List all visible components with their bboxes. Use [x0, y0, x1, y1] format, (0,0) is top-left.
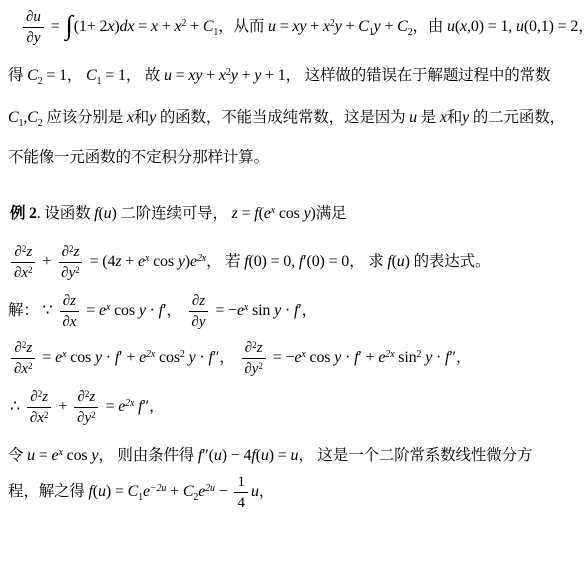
math-roman: ,0) = 1, — [467, 18, 516, 35]
superscript: x — [62, 349, 66, 360]
math-italic: ∂x — [14, 361, 28, 377]
math-italic: ∂ — [77, 389, 84, 405]
text-run: 解： — [8, 302, 42, 319]
math-italic: z — [42, 389, 48, 405]
math-italic: ∂y — [77, 410, 91, 426]
text-run: 的函数，不能当成纯常数，这是因为 — [156, 109, 409, 126]
math-italic: x — [323, 18, 330, 35]
fraction: ∂2z∂x2 — [11, 243, 36, 282]
superscript: 2 — [91, 410, 96, 420]
text-run: ， — [149, 398, 164, 415]
superscript: 2 — [38, 389, 43, 399]
math-italic: u — [214, 447, 222, 464]
math-italic: y — [139, 302, 146, 319]
math-italic: u — [261, 447, 269, 464]
math-roman: 1 — [237, 474, 245, 490]
math-roman: = — [102, 398, 119, 415]
math-italic: e — [190, 253, 197, 270]
fraction-denominator: ∂x2 — [11, 359, 36, 378]
superscript: 2 — [28, 361, 33, 371]
math-italic: e — [139, 349, 146, 366]
superscript: 2x — [125, 398, 134, 409]
text-run: 二阶连续可导， — [117, 205, 232, 222]
math-roman: + — [121, 253, 138, 270]
fraction-denominator: 4 — [234, 493, 248, 512]
math-italic: u — [268, 18, 276, 35]
math-roman: = — [39, 349, 56, 366]
math-italic: z — [89, 389, 95, 405]
math-roman: = — [172, 67, 189, 84]
math-line-ode: 令 u = ex cos y， 则由条件得 f″(u) − 4f(u) = u，… — [8, 441, 581, 471]
math-roman: cos — [63, 447, 92, 464]
math-italic: e — [264, 205, 271, 222]
fraction-numerator: ∂2z — [74, 388, 98, 408]
math-line-final-answer: 程，解之得 f(u) = C1e−2u + C2e2u − 14u， — [8, 473, 581, 512]
fraction-denominator: ∂x2 — [27, 408, 52, 427]
math-italic: y — [231, 67, 238, 84]
text-run: 满足 — [316, 205, 347, 222]
math-roman: = 1 — [101, 67, 125, 84]
math-italic: e — [143, 483, 150, 500]
math-italic: ∂ — [14, 244, 21, 260]
math-roman: = — [82, 302, 99, 319]
math-roman: + — [381, 18, 398, 35]
math-italic: ∂z — [192, 293, 205, 309]
math-italic: C — [358, 18, 369, 35]
fraction: ∂2z∂x2 — [11, 339, 36, 378]
math-italic: u — [98, 483, 106, 500]
math-italic: u — [104, 205, 112, 222]
text-run: 是 — [417, 109, 440, 126]
text-run: ， 求 — [349, 253, 387, 270]
math-roman: = — [238, 205, 255, 222]
fraction-numerator: ∂2z — [11, 243, 35, 263]
fraction-denominator: ∂y — [188, 312, 208, 331]
superscript: x — [301, 349, 305, 360]
text-run: 的二元函数， — [469, 109, 565, 126]
text-run: ， — [166, 302, 185, 319]
text-run: ， 故 — [126, 67, 164, 84]
text-run: ， — [259, 483, 274, 500]
math-line-laplacian-sum: ∴ ∂2z∂x2 + ∂2z∂y2 = e2x f″， — [10, 388, 581, 427]
superscript: x — [106, 302, 110, 313]
math-roman: ) = — [106, 483, 128, 500]
math-roman: + — [238, 67, 255, 84]
subscript: 2 — [38, 76, 43, 87]
math-italic: y — [304, 205, 311, 222]
math-roman: + — [342, 18, 359, 35]
math-italic: C — [8, 109, 19, 126]
math-roman: + — [186, 18, 203, 35]
bold-heading: 例 2 — [10, 205, 37, 222]
fraction-numerator: 1 — [234, 473, 248, 493]
fraction-numerator: ∂2z — [27, 388, 51, 408]
math-italic: y — [95, 349, 102, 366]
math-roman: · — [281, 302, 294, 319]
math-roman: ∴ — [10, 398, 24, 415]
text-run: ， — [302, 302, 317, 319]
superscript: x — [58, 447, 62, 458]
text-run: 应该分别是 — [43, 109, 127, 126]
fraction-numerator: ∂u — [23, 8, 44, 28]
text-line-explanation-2: 不能像一元函数的不定积分那样计算。 — [8, 143, 581, 173]
superscript: x — [145, 253, 149, 264]
math-italic: z — [26, 340, 32, 356]
fraction-denominator: ∂x — [59, 312, 79, 331]
math-italic: ∂ — [14, 340, 21, 356]
math-italic: y — [189, 349, 196, 366]
subscript: 2 — [38, 118, 43, 129]
math-italic: ∂z — [63, 293, 76, 309]
math-italic: x — [460, 18, 467, 35]
subscript: 1 — [138, 492, 143, 503]
math-italic: u — [251, 483, 259, 500]
math-italic: ∂y — [26, 30, 40, 46]
math-italic: x — [127, 109, 134, 126]
math-roman: ′(0) = 0 — [303, 253, 349, 270]
math-italic: C — [27, 109, 38, 126]
superscript: 2 — [85, 389, 90, 399]
math-italic: ∂y — [61, 265, 75, 281]
text-run: ， — [219, 349, 238, 366]
fraction-numerator: ∂2z — [11, 339, 35, 359]
math-roman: cos — [275, 205, 304, 222]
text-run: 的表达式。 — [410, 253, 490, 270]
math-italic: e — [99, 302, 106, 319]
fraction-numerator: ∂2z — [59, 243, 83, 263]
math-roman: = — [134, 18, 151, 35]
superscript: 2 — [69, 244, 74, 254]
superscript: 2 — [252, 340, 257, 350]
text-run: 不能像一元函数的不定积分那样计算。 — [8, 149, 269, 166]
math-roman: ″( — [202, 447, 214, 464]
fraction: ∂2z∂x2 — [27, 388, 52, 427]
math-italic: y — [178, 253, 185, 270]
math-italic: C — [397, 18, 408, 35]
math-roman: + — [306, 18, 323, 35]
math-italic: C — [183, 483, 194, 500]
math-italic: ∂x — [30, 410, 44, 426]
superscript: 2x — [197, 253, 206, 264]
superscript: 2 — [226, 67, 231, 78]
math-roman: = (4 — [86, 253, 116, 270]
math-roman: = − — [211, 302, 236, 319]
math-italic: x — [440, 109, 447, 126]
math-roman: cos — [306, 349, 335, 366]
math-roman: (1+ 2 — [74, 18, 108, 35]
example-2-heading: 例 2. 设函数 f(u) 二阶连续可导， z = f(ex cos y)满足 — [10, 199, 581, 229]
superscript: 2 — [75, 265, 80, 275]
math-roman: + 1 — [261, 67, 285, 84]
math-italic: xy — [188, 67, 202, 84]
text-run: 程，解之得 — [8, 483, 88, 500]
math-italic: ∂y — [191, 314, 205, 330]
subscript: 1 — [369, 27, 374, 38]
math-italic: ∂ — [62, 244, 69, 260]
math-roman: (0,1) = 2 — [524, 18, 578, 35]
math-italic: y — [335, 18, 342, 35]
fraction: ∂z∂y — [188, 292, 208, 331]
text-run: ， 若 — [206, 253, 244, 270]
text-run: ，由 — [413, 18, 447, 35]
math-roman: · — [432, 349, 445, 366]
math-italic: u — [409, 109, 417, 126]
math-italic: dx — [120, 18, 135, 35]
math-roman: sin — [394, 349, 416, 366]
math-italic: ∂y — [244, 361, 258, 377]
superscript: 2 — [22, 340, 27, 350]
math-italic: ∂u — [26, 9, 41, 25]
text-line-explanation-1: C1,C2 应该分别是 x和y 的函数，不能当成纯常数，这是因为 u 是 x和y… — [8, 103, 581, 133]
math-italic: e — [138, 253, 145, 270]
math-italic: y — [374, 18, 381, 35]
math-roman: cos — [155, 349, 180, 366]
superscript: 2u — [205, 483, 215, 494]
fraction-denominator: ∂x2 — [11, 263, 36, 282]
math-roman: = − — [269, 349, 294, 366]
superscript: 2x — [385, 349, 394, 360]
superscript: 2 — [181, 18, 186, 29]
math-roman: cos — [149, 253, 178, 270]
math-italic: u — [164, 67, 172, 84]
fraction: ∂z∂x — [59, 292, 79, 331]
fraction: ∂2z∂y2 — [58, 243, 83, 282]
math-line-pde: ∂2z∂x2 + ∂2z∂y2 = (4z + ex cos y)e2x， 若 … — [8, 243, 581, 282]
fraction-numerator: ∂2z — [242, 339, 266, 359]
fraction: ∂2z∂y2 — [74, 388, 99, 427]
fraction: 14 — [234, 473, 248, 512]
fraction-denominator: ∂y2 — [58, 263, 83, 282]
math-italic: x — [151, 18, 158, 35]
math-italic: ∂x — [62, 314, 76, 330]
math-roman: ) − 4 — [222, 447, 252, 464]
fraction-numerator: ∂z — [60, 292, 79, 312]
superscript: 2 — [22, 244, 27, 254]
text-run: 和 — [447, 109, 462, 126]
math-roman: ∵ — [42, 302, 56, 319]
math-roman: · — [196, 349, 209, 366]
text-run: 得 — [8, 67, 27, 84]
math-roman: sin — [248, 302, 274, 319]
math-italic: e — [237, 302, 244, 319]
subscript: 1 — [97, 76, 102, 87]
fraction-denominator: ∂y2 — [241, 359, 266, 378]
math-italic: u — [27, 447, 35, 464]
math-line-first-derivatives: 解： ∵ ∂z∂x = ex cos y · f′， ∂z∂y = −ex si… — [8, 292, 581, 331]
math-italic: C — [203, 18, 214, 35]
math-roman: + — [39, 253, 56, 270]
math-roman: + — [158, 18, 175, 35]
math-roman: = 1 — [42, 67, 66, 84]
math-italic: z — [257, 340, 263, 356]
integral-sign: ∫ — [66, 10, 73, 40]
math-italic: u — [516, 18, 524, 35]
math-italic: xy — [292, 18, 306, 35]
math-italic: z — [26, 244, 32, 260]
math-roman: · — [102, 349, 115, 366]
text-run: 设函数 — [44, 205, 94, 222]
superscript: 2 — [330, 18, 335, 29]
math-italic: C — [27, 67, 38, 84]
math-roman: cos — [66, 349, 95, 366]
superscript: 2 — [258, 361, 263, 371]
superscript: −2u — [150, 483, 166, 494]
math-italic: u — [397, 253, 405, 270]
text-run: ， 则由条件得 — [98, 447, 198, 464]
math-line-du-dy: ∂u∂y = ∫(1+ 2x)dx = x + x2 + C1，从而 u = x… — [20, 8, 581, 47]
fraction: ∂2z∂y2 — [241, 339, 266, 378]
math-roman: 4 — [237, 495, 245, 511]
math-italic: ∂x — [14, 265, 28, 281]
text-run: ， — [67, 67, 86, 84]
math-line-constants: 得 C2 = 1， C1 = 1， 故 u = xy + x2y + y + 1… — [8, 61, 581, 91]
math-roman: + — [202, 67, 219, 84]
math-roman: − — [215, 483, 232, 500]
math-roman: cos — [110, 302, 139, 319]
math-roman: ′ + — [119, 349, 139, 366]
math-italic: z — [73, 244, 79, 260]
math-roman: = — [276, 18, 293, 35]
superscript: 2 — [28, 265, 33, 275]
superscript: 2 — [44, 410, 49, 420]
text-run: ， — [578, 18, 585, 35]
text-run: 令 — [8, 447, 27, 464]
math-roman: ′ + — [358, 349, 378, 366]
fraction-denominator: ∂y — [23, 28, 43, 47]
text-run: ， 这样做的错误在于解题过程中的常数 — [286, 67, 551, 84]
fraction-denominator: ∂y2 — [74, 408, 99, 427]
math-roman: · — [341, 349, 354, 366]
math-line-second-derivatives: ∂2z∂x2 = ex cos y · f′ + e2x cos2 y · f″… — [8, 339, 581, 378]
text-run: 和 — [134, 109, 149, 126]
math-roman: = — [35, 447, 52, 464]
math-roman: (0) = 0, — [249, 253, 299, 270]
math-italic: x — [219, 67, 226, 84]
subscript: 2 — [193, 492, 198, 503]
math-italic: C — [86, 67, 97, 84]
superscript: x — [244, 302, 248, 313]
superscript: 2 — [180, 349, 185, 360]
math-roman: + — [166, 483, 183, 500]
math-roman: + — [54, 398, 71, 415]
math-roman: ) = — [269, 447, 291, 464]
superscript: x — [271, 205, 275, 216]
superscript: 2 — [416, 349, 421, 360]
subscript: 1 — [213, 27, 218, 38]
fraction: ∂u∂y — [23, 8, 44, 47]
superscript: 2x — [146, 349, 155, 360]
text-run: ， — [456, 349, 471, 366]
math-italic: C — [128, 483, 139, 500]
math-roman: · — [146, 302, 159, 319]
document-page: ∂u∂y = ∫(1+ 2x)dx = x + x2 + C1，从而 u = x… — [0, 0, 585, 512]
subscript: 1 — [19, 118, 24, 129]
text-run: ， 这是一个二阶常系数线性微分方 — [298, 447, 532, 464]
fraction-numerator: ∂z — [189, 292, 208, 312]
subscript: 2 — [408, 27, 413, 38]
math-italic: ∂ — [30, 389, 37, 405]
math-italic: u — [447, 18, 455, 35]
math-roman: = — [47, 18, 64, 35]
text-run: ，从而 — [218, 18, 268, 35]
